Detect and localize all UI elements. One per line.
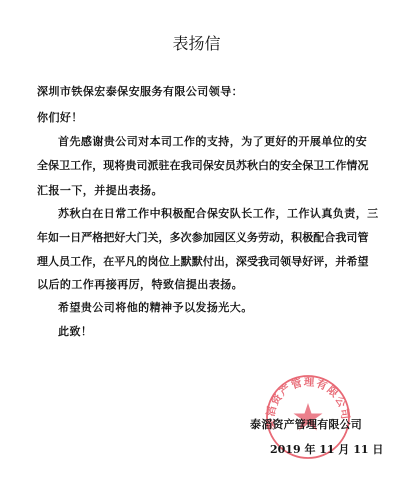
signature-company: 泰滔资产管理有限公司	[250, 418, 362, 432]
paragraph-line: 年如一日严格把好大门关，多次参加园区义务劳动，积极配合我司管	[37, 231, 359, 245]
signature-date: 2019 年 11 月 11 日	[270, 443, 383, 457]
paragraph-line: 苏秋白在日常工作中积极配合保安队长工作，工作认真负责，三	[58, 207, 380, 221]
paragraph-line: 理人员工作，在平凡的岗位上默默付出，深受我司领导好评，并希望	[37, 255, 359, 269]
salutation: 深圳市铁保宏泰保安服务有限公司领导：	[37, 85, 359, 99]
letter-title: 表扬信	[0, 34, 393, 54]
paragraph-line: 希望贵公司将他的精神予以发扬光大。	[58, 301, 380, 315]
paragraph-line: 全保卫工作，现将贵司派驻在我司保安员苏秋白的安全保卫工作情况	[37, 159, 359, 173]
paragraph-line: 首先感谢贵公司对本司工作的支持，为了更好的开展单位的安	[58, 135, 380, 149]
greeting: 你们好！	[37, 111, 359, 125]
closing: 此致！	[58, 325, 380, 339]
paragraph-line: 以后的工作再接再厉，特致信提出表扬。	[37, 278, 359, 292]
paragraph-line: 汇报一下，并提出表扬。	[37, 184, 359, 198]
